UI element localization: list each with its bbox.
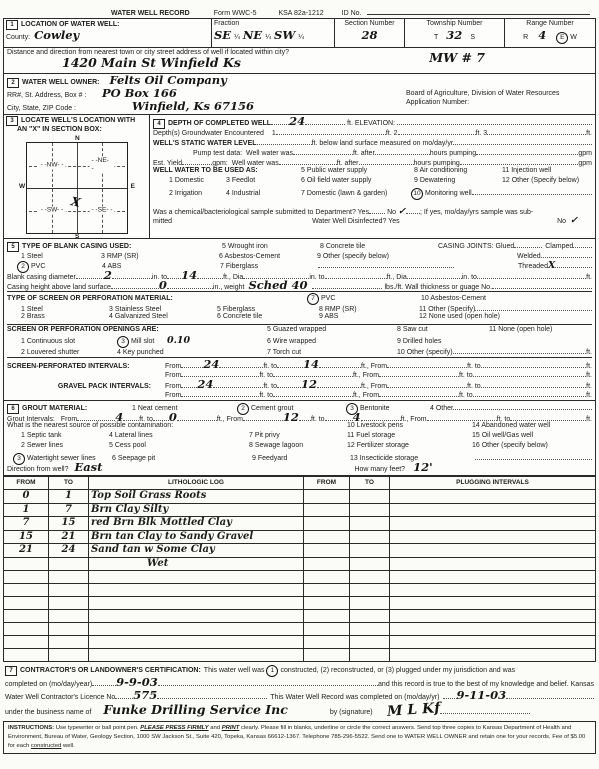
- section1-location: 1 LOCATION OF WATER WELL: County: Cowley…: [3, 18, 596, 48]
- litho-to: [49, 584, 89, 597]
- cert-1-circled: 1: [266, 665, 278, 677]
- form-title-line: WATER WELL RECORD Form WWC-5 KSA 82a-121…: [3, 6, 596, 18]
- joints-label: CASING JOINTS: Glued: [438, 243, 514, 252]
- township-prefix: T: [434, 34, 438, 43]
- compass-south: S: [75, 233, 79, 241]
- litho-row: 715red Brn Blk Mottled Clay: [4, 517, 596, 531]
- constructed-underline: constructed: [31, 743, 61, 749]
- contam-5: 5 Cess pool: [109, 442, 249, 451]
- litho-from: [4, 571, 49, 584]
- gpi2-ft-from: ft., From: [353, 392, 379, 401]
- form-title: WATER WELL RECORD: [111, 10, 190, 19]
- litho-row: 01Top Soil Grass Roots: [4, 490, 596, 504]
- opening-6: 6 Wire wrapped: [267, 338, 397, 347]
- cert-signature-label: by (signature): [330, 709, 373, 718]
- section3-locate: 3 LOCATE WELL'S LOCATION WITH AN "X" IN …: [4, 115, 150, 238]
- cert-l1a: This water well was: [204, 667, 265, 676]
- opening-3-circled: 3: [117, 336, 129, 348]
- section2-owner: 2 WATER WELL OWNER: Felts Oil Company RR…: [3, 74, 596, 115]
- section5-casing: 5 TYPE OF BLANK CASING USED: 5 Wrought i…: [3, 239, 596, 401]
- fraction-2: NE: [243, 30, 262, 42]
- quarter-glyph: ¼: [265, 34, 271, 43]
- screen-6: 6 Concrete tile: [217, 313, 319, 322]
- owner-address-value: PO Box 166: [102, 88, 177, 100]
- litho-from: 0: [4, 490, 49, 504]
- litho-desc: Wet: [89, 557, 304, 571]
- section-number-value: 28: [361, 30, 377, 42]
- litho-to: [49, 571, 89, 584]
- disinfect-no-check: ✓: [570, 216, 578, 226]
- chem-no-check: ✓: [398, 207, 406, 217]
- lithologic-log-table: FROM TO LITHOLOGIC LOG FROM TO PLUGGING …: [3, 476, 596, 662]
- agency-name: Board of Agriculture, Division of Water …: [406, 90, 591, 99]
- section1-number: 1: [6, 20, 18, 30]
- static-level-label: WELL'S STATIC WATER LEVEL: [153, 140, 257, 149]
- instructions-label: INSTRUCTIONS:: [8, 725, 54, 731]
- use-11: 11 Injection well: [502, 167, 551, 176]
- section3-number: 3: [6, 116, 18, 126]
- section2-heading: WATER WELL OWNER:: [22, 79, 100, 88]
- section2-number: 2: [7, 78, 19, 88]
- water-well-record-form: WATER WELL RECORD Form WWC-5 KSA 82a-121…: [0, 0, 599, 769]
- spi2-ft: ft.: [586, 372, 592, 381]
- litho-header-from2: FROM: [304, 477, 350, 490]
- id-no-label: ID No.: [342, 10, 362, 19]
- spi2-from-label: From: [165, 372, 181, 381]
- screen-12: 12 None used (open hole): [419, 313, 500, 322]
- address-value: 1420 Main St Winfield Ks: [62, 57, 241, 70]
- gpi2-from-label: From: [165, 392, 181, 401]
- depth-value: 24: [289, 116, 305, 128]
- use-12: 12 Other (Specify below): [502, 177, 579, 186]
- diam-ft-dia: ft., Dia: [223, 274, 243, 283]
- contam-16: 16 Other (specify below): [472, 442, 548, 451]
- cert-l2a: completed on (mo/day/year): [5, 681, 92, 690]
- litho-row: [4, 584, 596, 597]
- litho-header-to: TO: [49, 477, 89, 490]
- litho-to: 1: [49, 490, 89, 504]
- cert-l1b: constructed, (2) reconstructed, or (3) p…: [280, 667, 515, 676]
- contam-12: 12 Fertilizer storage: [347, 442, 472, 451]
- screen-7-pvc: PVC: [321, 295, 421, 304]
- height-lbs: lbs./ft. Wall thickness or guage No.: [385, 284, 493, 293]
- chem-no-label: No: [387, 209, 396, 218]
- screen-7-circled: 7: [307, 293, 319, 305]
- well-name-value: MW # 7: [429, 52, 485, 65]
- contam-2: 2 Sewer lines: [21, 442, 109, 451]
- quadrant-se: - -SE- -: [90, 206, 115, 214]
- litho-header-plugging: PLUGGING INTERVALS: [390, 477, 596, 490]
- fraction-1: SE: [214, 30, 231, 42]
- casing-6: 6 Asbestos-Cement: [219, 253, 317, 262]
- instructions-text: and: [209, 725, 222, 731]
- contam-6: 6 Seepage pit: [112, 455, 252, 464]
- print-emphasis: PRINT: [222, 725, 240, 731]
- section7-certification: 7 CONTRACTOR'S OR LANDOWNER'S CERTIFICAT…: [3, 662, 596, 719]
- opening-7: 7 Torch cut: [267, 349, 397, 358]
- casing-diameter-label: Blank casing diameter: [7, 274, 76, 283]
- litho-desc: [89, 584, 304, 597]
- litho-row: [4, 623, 596, 636]
- press-firmly-emphasis: PLEASE PRESS FIRMLY: [140, 725, 208, 731]
- litho-row: [4, 636, 596, 649]
- gpi-ft: ft.: [586, 383, 592, 392]
- depth-label: DEPTH OF COMPLETED WELL: [168, 120, 271, 129]
- use-10-circled: 10: [411, 188, 423, 200]
- owner-city-label: City, State, ZIP Code :: [7, 105, 102, 114]
- screen-9: 9 ABS: [319, 313, 419, 322]
- business-name-value: Funke Drilling Service Inc: [103, 704, 287, 717]
- spi-from-label: From: [165, 363, 181, 372]
- casing-height-label: Casing height above land surface: [7, 284, 111, 293]
- litho-from: [4, 597, 49, 610]
- litho-to: 21: [49, 530, 89, 544]
- litho-desc: [89, 571, 304, 584]
- litho-row: 1521Brn tan Clay to Sandy Gravel: [4, 530, 596, 544]
- range-prefix: R: [523, 34, 528, 43]
- litho-to: [49, 610, 89, 623]
- litho-desc: red Brn Blk Mottled Clay: [89, 517, 304, 531]
- litho-desc: [89, 649, 304, 662]
- disinfect-no-label: No: [557, 218, 566, 227]
- owner-city-value: Winfield, Ks 67156: [132, 101, 254, 113]
- gpi2-ft-to-2: ft. to: [459, 392, 473, 401]
- use-1: 1 Domestic: [169, 177, 226, 186]
- direction-value: East: [74, 462, 102, 474]
- section6-number: 6: [7, 404, 19, 414]
- use-10: Monitoring well: [425, 190, 472, 199]
- litho-from: [4, 610, 49, 623]
- screen-2: 2 Brass: [21, 313, 109, 322]
- height-in-weight: in., weight: [213, 284, 245, 293]
- litho-to: [49, 636, 89, 649]
- litho-from: 1: [4, 503, 49, 517]
- use-2: 2 Irrigation: [169, 190, 226, 199]
- section4-number: 4: [153, 119, 165, 129]
- casing-5: 5 Wrought iron: [222, 243, 320, 252]
- casing-weight-value: Sched 40: [248, 280, 307, 292]
- litho-from: [4, 649, 49, 662]
- screen-4: 4 Galvanized Steel: [109, 313, 217, 322]
- section4-depth: 4 DEPTH OF COMPLETED WELL 24 ft. ELEVATI…: [150, 115, 595, 238]
- range-label: Range Number: [526, 20, 573, 29]
- elevation-blank: [397, 117, 592, 125]
- diam-ft-dia-2: ft., Dia: [387, 274, 407, 283]
- litho-from: [4, 623, 49, 636]
- contam-1: 1 Septic tank: [21, 432, 109, 441]
- township-value: 32: [446, 30, 462, 42]
- contam-4: 4 Lateral lines: [109, 432, 249, 441]
- use-6: 6 Oil field water supply: [301, 177, 414, 186]
- threaded-x-mark: X: [548, 261, 555, 271]
- quarter-glyph: ¼: [234, 34, 240, 43]
- quadrant-sw: - -SW- -: [39, 206, 66, 214]
- certification-heading: CONTRACTOR'S OR LANDOWNER'S CERTIFICATIO…: [20, 667, 201, 676]
- opening-1: 1 Continuous slot: [21, 338, 117, 347]
- feet-label: How many feet?: [354, 466, 405, 475]
- litho-from: 15: [4, 530, 49, 544]
- well-x-mark: X: [70, 194, 82, 211]
- casing-1: 1 Steel: [21, 253, 101, 262]
- casing-heading: TYPE OF BLANK CASING USED:: [22, 243, 222, 252]
- opening-11: 11 None (open hole): [489, 326, 552, 335]
- yield-gpm2: gpm: [578, 160, 592, 169]
- gpi-from-label: From: [165, 383, 181, 392]
- use-7: 7 Domestic (lawn & garden): [301, 190, 411, 199]
- litho-header-log: LITHOLOGIC LOG: [89, 477, 304, 490]
- contam-14: 14 Abandoned water well: [472, 422, 550, 431]
- diam-in-to-3: in. to: [462, 274, 477, 283]
- litho-row: Wet: [4, 557, 596, 571]
- use-4: 4 Industrial: [226, 190, 301, 199]
- cert-record-date: 9-11-03: [457, 690, 507, 702]
- section3-heading-2: AN "X" IN SECTION BOX:: [17, 126, 102, 135]
- contam-8: 8 Sewage lagoon: [249, 442, 347, 451]
- contamination-question: What is the nearest source of possible c…: [7, 422, 347, 431]
- litho-desc: [89, 636, 304, 649]
- compass-west: W: [19, 183, 25, 191]
- compass-east: E: [131, 183, 135, 191]
- joints-welded: Welded: [517, 253, 541, 262]
- screen-intervals-label: SCREEN-PERFORATED INTERVALS:: [7, 363, 165, 372]
- litho-row: [4, 610, 596, 623]
- distance-row: Distance and direction from nearest town…: [3, 48, 596, 74]
- use-3: 3 Feedlot: [226, 177, 301, 186]
- section-box-diagram: N S W E - -NW- - - -NE- - - -SW- - - -SE…: [26, 142, 128, 234]
- litho-row: [4, 571, 596, 584]
- section3-heading-1: LOCATE WELL'S LOCATION WITH: [21, 117, 135, 126]
- litho-row: 17Brn Clay Silty: [4, 503, 596, 517]
- litho-row: [4, 597, 596, 610]
- contam-10: 10 Livestock pens: [347, 422, 472, 431]
- litho-to: 7: [49, 503, 89, 517]
- casing-diameter-value: 2: [104, 270, 112, 282]
- quarter-glyph: ¼: [298, 34, 304, 43]
- opening-9: 9 Drilled holes: [397, 338, 441, 347]
- cert-l4a: under the business name of: [5, 709, 91, 718]
- opening-3-mill-slot: Mill slot: [131, 338, 167, 347]
- litho-to: [49, 623, 89, 636]
- casing-2-circled: 2: [17, 261, 29, 273]
- compass-north: N: [75, 135, 80, 143]
- county-value: Cowley: [34, 30, 79, 42]
- fraction-3: SW: [274, 30, 295, 42]
- pump-gpm: gpm: [578, 150, 592, 159]
- litho-desc: Brn Clay Silty: [89, 503, 304, 517]
- litho-desc: Brn tan Clay to Sandy Gravel: [89, 530, 304, 544]
- gravel-intervals-label: GRAVEL PACK INTERVALS:: [7, 383, 165, 392]
- section7-number: 7: [5, 666, 17, 676]
- direction-label: Direction from well?: [7, 466, 68, 475]
- litho-from: [4, 557, 49, 571]
- opening-2: 2 Louvered shutter: [21, 349, 117, 358]
- instructions-box: INSTRUCTIONS: Use typewriter or ball poi…: [3, 721, 596, 754]
- litho-header-to2: TO: [350, 477, 390, 490]
- litho-to: [49, 649, 89, 662]
- litho-desc: Top Soil Grass Roots: [89, 490, 304, 504]
- litho-to: [49, 597, 89, 610]
- cert-license-no: 575: [133, 690, 157, 702]
- litho-from: 21: [4, 544, 49, 558]
- disinfect-label: Water Well Disinfected? Yes: [312, 218, 400, 227]
- spi-ft: ft.: [586, 363, 592, 372]
- chem-rest: ; If yes, mo/day/yrs sample was sub-: [420, 209, 533, 218]
- range-value: 4: [538, 30, 546, 42]
- use-5: 5 Public water supply: [301, 167, 414, 176]
- litho-from: [4, 636, 49, 649]
- opening-4: 4 Key punched: [117, 349, 267, 358]
- litho-row: [4, 649, 596, 662]
- contam-11: 11 Fuel storage: [347, 432, 472, 441]
- opening-10: 10 Other (specify): [397, 349, 453, 358]
- litho-desc: [89, 597, 304, 610]
- use-heading: WELL WATER TO BE USED AS:: [153, 167, 301, 176]
- casing-3: 3 RMP (SR): [101, 253, 219, 262]
- chem-rest2: mitted: [153, 218, 172, 227]
- screen-heading: TYPE OF SCREEN OR PERFORATION MATERIAL:: [7, 295, 307, 304]
- litho-to: [49, 557, 89, 571]
- chem-sample-question: Was a chemical/bacteriological sample su…: [153, 209, 369, 218]
- signature-scribble: M L Kf: [386, 701, 440, 719]
- litho-header-from: FROM: [4, 477, 49, 490]
- litho-to: 15: [49, 517, 89, 531]
- range-west: W: [570, 34, 577, 43]
- gpi2-ft: ft.: [586, 392, 592, 401]
- instructions-text: well.: [61, 743, 74, 749]
- contam-15: 15 Oil well/Gas well: [472, 432, 533, 441]
- litho-from: 7: [4, 517, 49, 531]
- opening-5: 5 Guazed wrapped: [267, 326, 397, 335]
- opening-8: 8 Saw cut: [397, 326, 489, 335]
- quadrant-ne: - -NE- -: [90, 157, 115, 173]
- township-suffix: S: [470, 34, 475, 43]
- section5-number: 5: [7, 242, 19, 252]
- cert-completed-date: 9-9-03: [116, 677, 158, 689]
- quadrant-nw: - -NW- -: [39, 161, 66, 169]
- litho-desc: [89, 623, 304, 636]
- section6-grout: 6 GROUT MATERIAL: 1 Neat cement 2 Cement…: [3, 401, 596, 476]
- owner-address-label: RR#, St. Address, Box # :: [7, 92, 102, 101]
- county-label: County:: [6, 34, 30, 43]
- contam-9: 9 Feedyard: [252, 455, 350, 464]
- gi-ft: ft.: [586, 416, 592, 425]
- litho-desc: [89, 610, 304, 623]
- litho-desc: Sand tan w Some Clay: [89, 544, 304, 558]
- id-no-blank: [367, 6, 590, 15]
- instructions-text: Use typewriter or ball point pen.: [56, 725, 140, 731]
- gpi2-ft-to: ft. to: [259, 392, 273, 401]
- litho-from: [4, 584, 49, 597]
- casing-length-value: 14: [181, 270, 197, 282]
- gw-2: ft. 2: [386, 130, 398, 139]
- openings-heading: SCREEN OR PERFORATION OPENINGS ARE:: [7, 326, 267, 335]
- statute-ref: KSA 82a-1212: [278, 10, 323, 19]
- cert-l3a: Water Well Contractor's Licence No: [5, 694, 115, 703]
- litho-row: 2124Sand tan w Some Clay: [4, 544, 596, 558]
- opening-10-ft: ft.: [586, 349, 592, 358]
- section3-4-row: 3 LOCATE WELL'S LOCATION WITH AN "X" IN …: [3, 115, 596, 239]
- mill-slot-size-value: 0.10: [167, 336, 267, 346]
- use-8: 8 Air conditioning: [414, 167, 502, 176]
- owner-value: Felts Oil Company: [110, 75, 227, 87]
- contam-3-circled: 3: [13, 453, 25, 465]
- contam-7: 7 Pit privy: [249, 432, 347, 441]
- feet-value: 12': [413, 462, 433, 474]
- form-number: Form WWC-5: [214, 10, 257, 19]
- use-9: 9 Dewatering: [414, 177, 502, 186]
- litho-to: 24: [49, 544, 89, 558]
- application-number-label: Application Number:: [406, 99, 591, 108]
- casing-height-value: 0: [159, 280, 167, 292]
- casing-8: 8 Concrete tile: [320, 243, 438, 252]
- groundwater-label: Depth(s) Groundwater Encountered: [153, 130, 264, 139]
- range-east-circled: E: [556, 32, 568, 44]
